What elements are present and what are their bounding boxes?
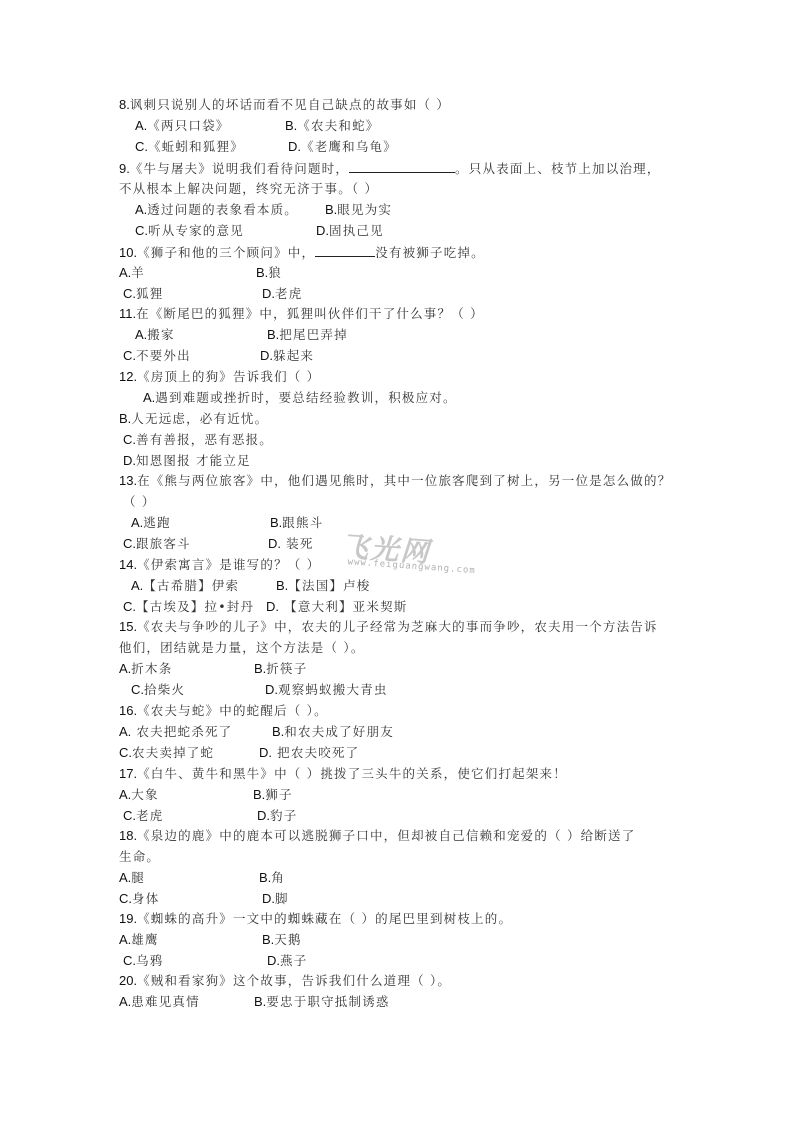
question-14-option-c: C.【古埃及】拉•封丹 [123, 599, 254, 615]
question-18-option-a: A.腿 [119, 870, 145, 886]
question-text: 讽刺只说别人的坏话而看不见自己缺点的故事如（ ） [130, 97, 450, 112]
question-11-option-a: A.搬家 [135, 327, 175, 343]
question-11-stem: 11.在《断尾巴的狐狸》中，狐狸叫伙伴们干了什么事？（ ） [119, 306, 484, 322]
question-17-option-c: C.老虎 [123, 808, 163, 824]
question-10-option-b: B.狼 [256, 265, 282, 281]
question-15-option-a: A.折木条 [119, 661, 172, 677]
question-9-stem: 9.《牛与屠夫》说明我们看待问题时，。只从表面上、枝节上加以治理， [119, 160, 661, 177]
question-11-option-b: B.把尾巴弄掉 [267, 327, 348, 343]
question-12-option-c: C.善有善报，恶有恶报。 [123, 432, 273, 448]
question-13-option-b: B.跟熊斗 [270, 515, 323, 531]
question-11-option-c: C.不要外出 [123, 348, 191, 364]
question-8-option-c: C.《蚯蚓和狐狸》 [135, 139, 244, 155]
question-12-stem: 12.《房顶上的狗》告诉我们（ ） [119, 369, 320, 385]
question-14-option-d: D. 【意大利】亚米契斯 [266, 599, 407, 615]
question-18-option-b: B.角 [259, 870, 285, 886]
question-19-option-b: B.天鹅 [262, 932, 302, 948]
question-9-option-c: C.听从专家的意见 [135, 223, 244, 239]
question-15-option-d: D.观察蚂蚁搬大青虫 [265, 682, 388, 698]
question-16-option-b: B.和农夫成了好朋友 [272, 724, 394, 740]
question-10-option-a: A.羊 [119, 265, 145, 281]
question-10-stem: 10.《狮子和他的三个顾问》中，没有被狮子吃掉。 [119, 244, 485, 261]
question-8-stem: 8.讽刺只说别人的坏话而看不见自己缺点的故事如（ ） [119, 97, 450, 113]
question-19-stem: 19.《蜘蛛的高升》一文中的蜘蛛藏在（ ）的尾巴里到树枝上的。 [119, 911, 512, 927]
question-20-option-a: A.患难见真情 [119, 994, 200, 1010]
question-9-option-d: D.固执己见 [316, 223, 384, 239]
question-20-option-b: B.要忠于职守抵制诱惑 [254, 994, 390, 1010]
question-18-option-d: D.脚 [262, 891, 289, 907]
question-16-stem: 16.《农夫与蛇》中的蛇醒后（ ）。 [119, 703, 328, 719]
question-11-option-d: D.躲起来 [260, 348, 314, 364]
question-17-option-b: B.狮子 [253, 787, 293, 803]
question-18-option-c: C.身体 [119, 891, 159, 907]
question-15-stem: 15.《农夫与争吵的儿子》中，农夫的儿子经常为芝麻大的事而争吵，农夫用一个方法告… [119, 619, 658, 635]
question-14-option-a: A.【古希腊】伊索 [131, 578, 239, 594]
question-9-option-b: B.眼见为实 [325, 202, 392, 218]
question-18-stem-line2: 生命。 [119, 849, 160, 865]
question-12-option-a: A.遇到难题或挫折时，要总结经验教训，积极应对。 [143, 390, 457, 406]
question-15-option-c: C.拾柴火 [131, 682, 185, 698]
question-9-stem-line2: 不从根本上解决问题，终究无济于事。（ ） [119, 181, 378, 197]
watermark-logo: 飞光网 [339, 525, 432, 571]
question-13-option-a: A.逃跑 [131, 515, 171, 531]
question-15-stem-line2: 他们，团结就是力量，这个方法是（ ）。 [119, 640, 365, 656]
question-16-option-a: A. 农夫把蛇杀死了 [119, 724, 232, 740]
question-16-option-c: C.农夫卖掉了蛇 [119, 745, 214, 761]
question-13-stem: 13.在《熊与两位旅客》中，他们遇见熊时，其中一位旅客爬到了树上，另一位是怎么做… [119, 473, 671, 489]
question-9-option-a: A.透过问题的表象看本质。 [135, 202, 298, 218]
question-16-option-d: D. 把农夫咬死了 [259, 745, 359, 761]
answer-blank[interactable] [315, 244, 375, 257]
question-10-option-c: C.狐狸 [123, 286, 163, 302]
question-17-stem: 17.《白牛、黄牛和黑牛》中（ ）挑拨了三头牛的关系，使它们打起架来！ [119, 766, 567, 782]
question-12-option-b: B.人无远虑，必有近忧。 [119, 411, 268, 427]
question-17-option-d: D.豹子 [257, 808, 297, 824]
question-13-option-d: D. 装死 [268, 536, 314, 552]
question-14-option-b: B.【法国】卢梭 [276, 578, 371, 594]
watermark-url: www.feiguangwang.com [347, 557, 476, 576]
answer-blank[interactable] [349, 160, 455, 173]
question-8-option-d: D.《老鹰和乌龟》 [288, 139, 397, 155]
question-number: 8. [119, 97, 130, 112]
question-13-stem-line2: （ ） [123, 494, 156, 510]
question-8-option-a: A.《两只口袋》 [135, 118, 230, 134]
document-page: 8.讽刺只说别人的坏话而看不见自己缺点的故事如（ ） A.《两只口袋》 B.《农… [0, 0, 793, 1122]
question-19-option-a: A.雄鹰 [119, 932, 159, 948]
question-19-option-d: D.燕子 [267, 953, 307, 969]
question-19-option-c: C.乌鸦 [123, 953, 163, 969]
question-20-stem: 20.《贼和看家狗》这个故事，告诉我们什么道理（ ）。 [119, 973, 451, 989]
question-17-option-a: A.大象 [119, 787, 159, 803]
question-10-option-d: D.老虎 [262, 286, 302, 302]
question-8-option-b: B.《农夫和蛇》 [285, 118, 380, 134]
question-18-stem: 18.《泉边的鹿》中的鹿本可以逃脱狮子口中，但却被自己信赖和宠爱的（ ）给断送了 [119, 828, 635, 844]
question-12-option-d: D.知恩图报 才能立足 [123, 453, 251, 469]
question-14-stem: 14.《伊索寓言》是谁写的？（ ） [119, 557, 320, 573]
question-13-option-c: C.跟旅客斗 [123, 536, 191, 552]
question-15-option-b: B.折筷子 [254, 661, 307, 677]
